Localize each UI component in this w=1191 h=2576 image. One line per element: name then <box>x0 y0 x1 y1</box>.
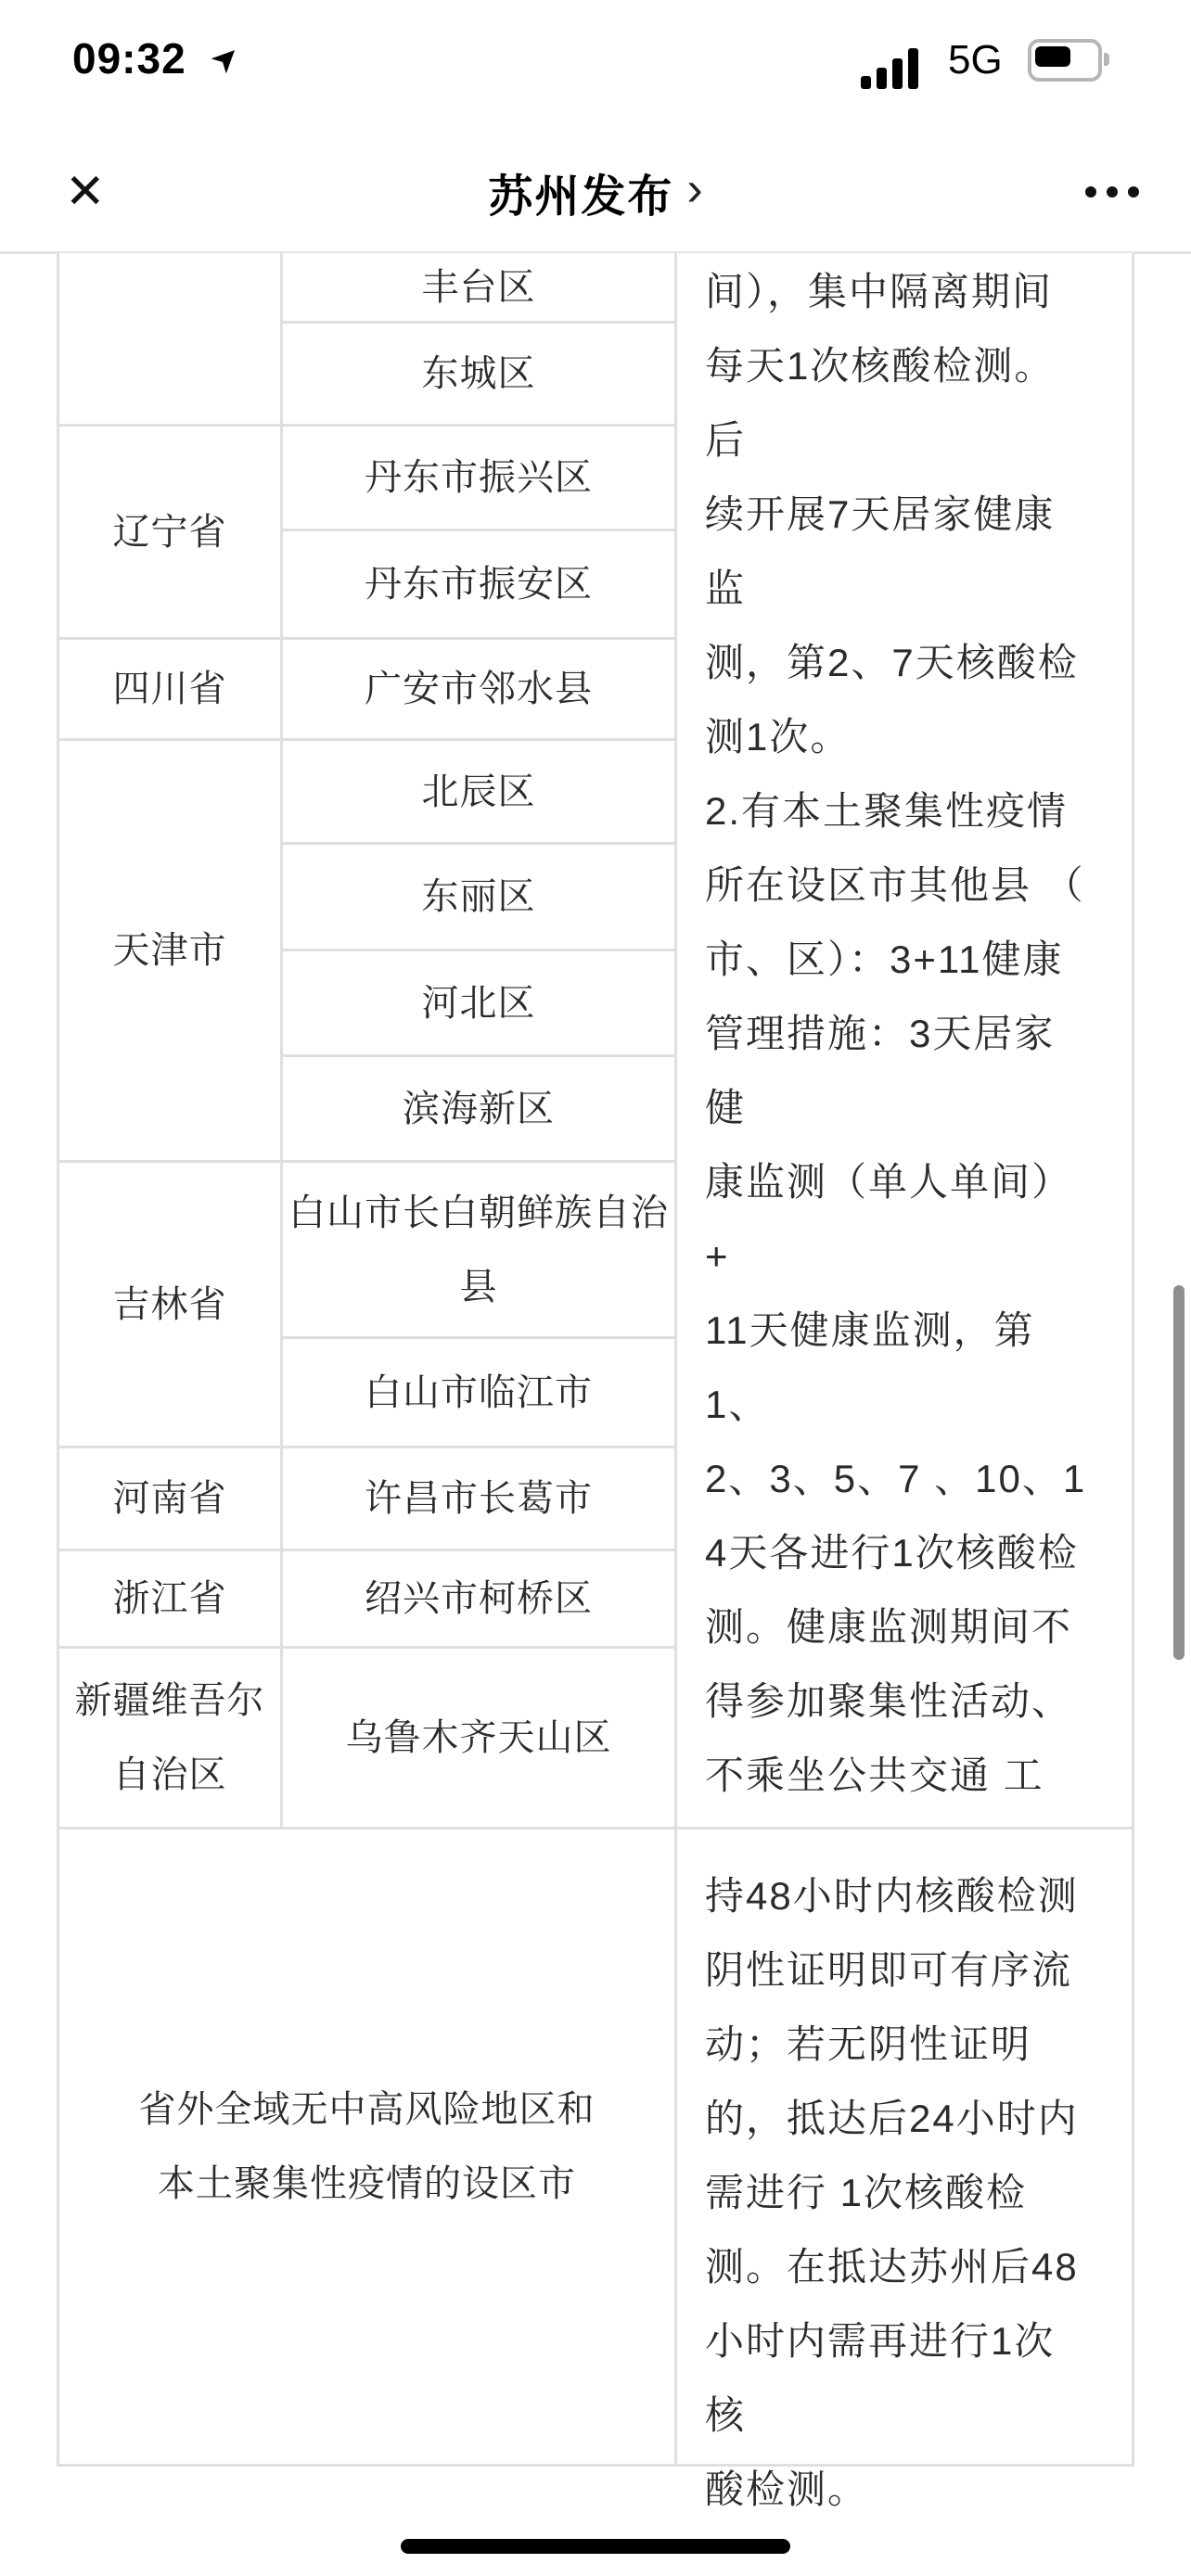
province-cell: 天津市 <box>57 741 283 1163</box>
network-type-label: 5G <box>948 37 1003 83</box>
dot-icon <box>1128 186 1139 198</box>
status-bar: 09:32 ➤ 5G <box>0 0 1191 131</box>
nav-bar: ✕ 苏州发布 › <box>0 131 1191 253</box>
measures-cell-top: 间），集中隔离期间 每天1次核酸检测。后 续开展7天居家健康监 测，第2、7天核… <box>677 253 1134 1830</box>
dot-icon <box>1085 186 1096 198</box>
clock: 09:32 <box>72 33 186 83</box>
province-cell: 新疆维吾尔自治区 <box>57 1649 283 1830</box>
chevron-right-icon: › <box>686 161 702 217</box>
dot-icon <box>1107 186 1118 198</box>
district-cell: 绍兴市柯桥区 <box>283 1551 677 1649</box>
footer-merged-cell: 省外全域无中高风险地区和 本土聚集性疫情的设区市 <box>57 1830 677 2467</box>
district-cell: 丰台区 <box>283 253 677 324</box>
scrollbar-thumb[interactable] <box>1173 1285 1185 1660</box>
province-cell: 辽宁省 <box>57 427 283 640</box>
district-cell: 北辰区 <box>283 741 677 845</box>
home-indicator[interactable] <box>401 2539 790 2554</box>
district-cell: 丹东市振安区 <box>283 531 677 640</box>
nav-title-group[interactable]: 苏州发布 › <box>0 131 1191 253</box>
wechat-article-screen: 09:32 ➤ 5G ✕ 苏州发布 › 辽宁省四川省天津市吉林省河南省浙江省新疆… <box>0 0 1191 2576</box>
location-services-icon: ➤ <box>202 34 250 82</box>
province-cell: 河南省 <box>57 1448 283 1551</box>
district-cell: 白山市长白朝鲜族自治县 <box>283 1163 677 1339</box>
measures-cell-bottom: 持48小时内核酸检测 阴性证明即可有序流 动；若无阴性证明 的，抵达后24小时内… <box>677 1830 1134 2467</box>
battery-nub <box>1104 53 1109 66</box>
province-cell: 四川省 <box>57 640 283 741</box>
battery-icon <box>1028 39 1102 82</box>
district-cell: 乌鲁木齐天山区 <box>283 1649 677 1830</box>
more-menu-button[interactable] <box>1085 131 1139 253</box>
district-cell: 东丽区 <box>283 845 677 951</box>
district-cell: 许昌市长葛市 <box>283 1448 677 1551</box>
district-cell: 白山市临江市 <box>283 1339 677 1448</box>
battery-fill <box>1035 46 1070 67</box>
page-title[interactable]: 苏州发布 <box>488 160 673 224</box>
district-cell: 滨海新区 <box>283 1057 677 1163</box>
district-cell: 丹东市振兴区 <box>283 427 677 531</box>
district-cell: 东城区 <box>283 324 677 427</box>
province-cell: 浙江省 <box>57 1551 283 1649</box>
province-cell <box>57 253 283 427</box>
district-cell: 广安市邻水县 <box>283 640 677 741</box>
district-cell: 河北区 <box>283 951 677 1057</box>
province-cell: 吉林省 <box>57 1163 283 1448</box>
cellular-signal-icon <box>861 41 933 89</box>
